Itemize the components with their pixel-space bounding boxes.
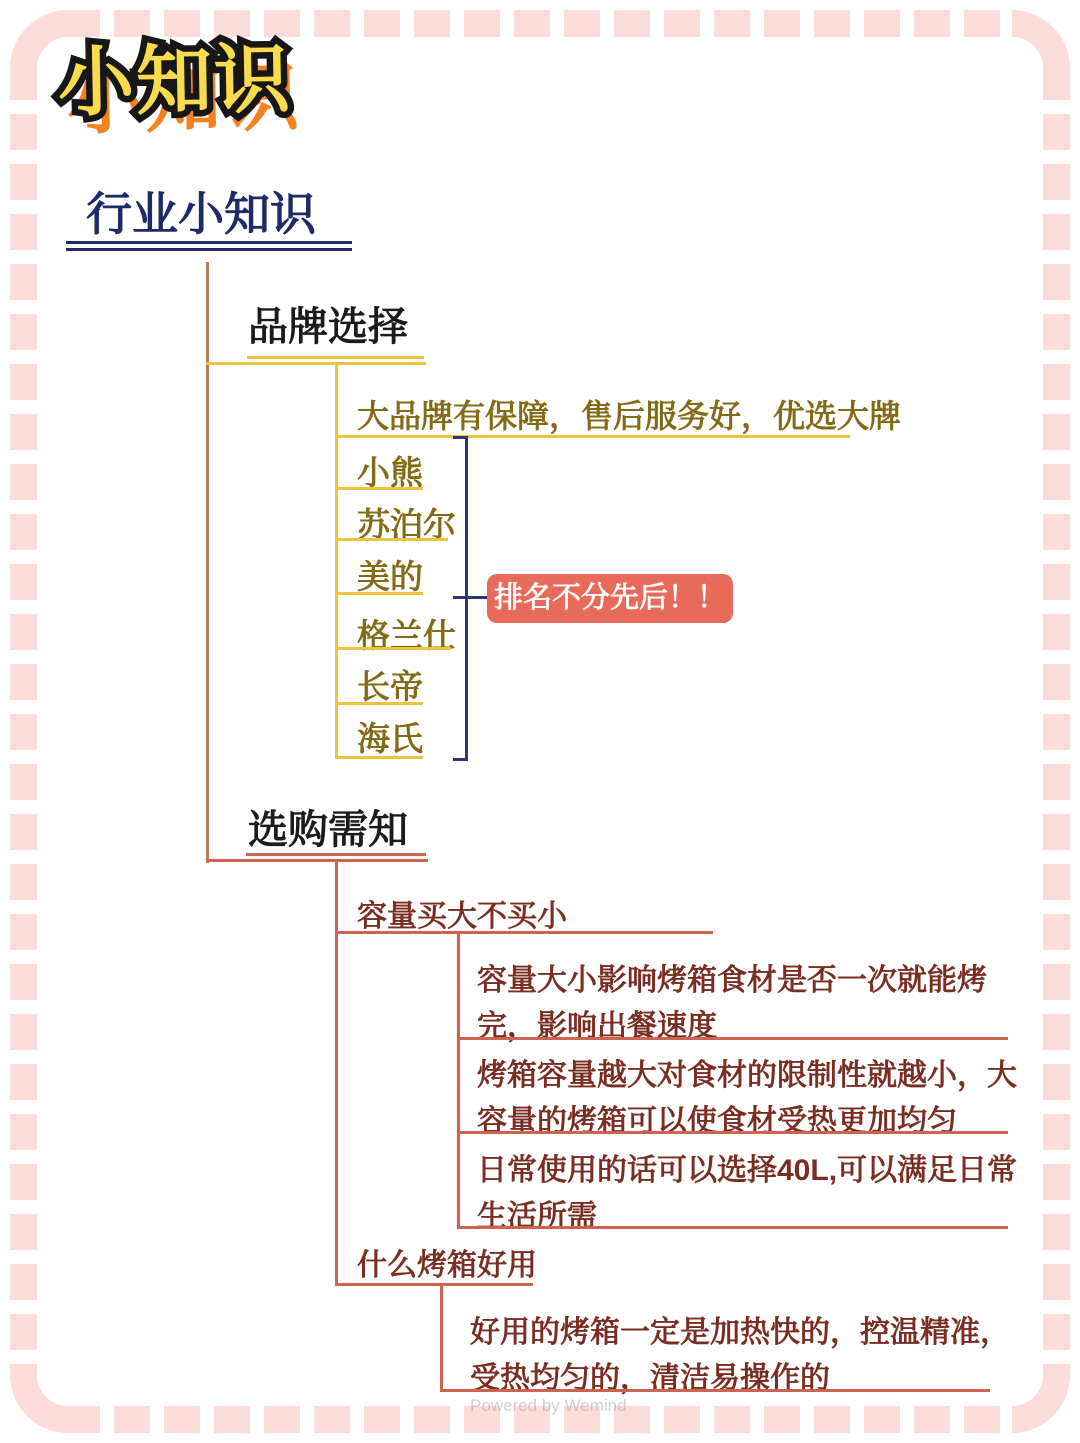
capacity-point-line: 容量的烤箱可以使食材受热更加均匀 [477,1099,1017,1145]
capacity-underline [335,931,713,934]
brand-heading-underline-bottom [206,362,426,365]
pink-border-corner-tr [1012,10,1070,68]
buying-heading: 选购需知 [248,798,408,855]
root-underline [66,241,352,251]
buying-branch-line [335,860,338,1285]
poster-canvas: 小知识 小知识 小知识 行业小知识 品牌选择 大品牌有保障，售后服务好，优选大牌… [0,0,1080,1443]
brand-item-underline [335,702,423,705]
capacity-label: 容量买大不买小 [357,891,567,935]
watermark: Powered by Wemind [470,1396,627,1416]
capacity-point-underline [457,1131,1008,1134]
capacity-point-line: 烤箱容量越大对食材的限制性就越小，大 [477,1053,1017,1099]
trunk-line [206,262,209,863]
usability-label: 什么烤箱好用 [357,1240,537,1284]
capacity-branch-line [457,931,460,1228]
pink-border-right [1043,64,1070,1379]
buying-heading-underline-top [246,853,426,856]
capacity-point-line: 生活所需 [477,1194,1017,1240]
root-heading: 行业小知识 [86,178,316,244]
brand-note-underline [335,435,850,438]
bracket-tick-bottom [453,758,468,761]
page-title: 小知识 小知识 小知识 [58,44,458,174]
bracket-connector [453,596,487,599]
page-title-fill: 小知识 [57,42,292,122]
pink-border-corner-bl [10,1375,68,1433]
brand-heading-underline-top [247,356,424,359]
capacity-point-underline [457,1037,1008,1040]
pink-border-left [10,64,37,1379]
usability-point-underline [440,1389,990,1392]
brand-item: 长帝 [357,661,423,708]
brand-branch-line [335,363,338,758]
buying-heading-underline-bottom [206,859,428,862]
capacity-point-line: 完，影响出餐速度 [477,1004,987,1050]
capacity-point-line: 日常使用的话可以选择40L,可以满足日常 [477,1148,1017,1194]
brand-item-underline [335,538,448,541]
brand-item-underline [335,592,423,595]
capacity-point-line: 容量大小影响烤箱食材是否一次就能烤 [477,958,987,1004]
usability-point-line: 好用的烤箱一定是加热快的，控温精准， [470,1310,1010,1356]
usability-branch-line [440,1283,443,1392]
brand-item: 美的 [357,551,423,598]
bracket-tick-top [453,436,465,439]
ranking-badge: 排名不分先后！！ [487,574,733,623]
brand-item-underline [335,756,423,759]
brand-item-underline [335,487,423,490]
brand-note: 大品牌有保障，售后服务好，优选大牌 [357,391,901,437]
pink-border-corner-br [1012,1375,1070,1433]
usability-underline [335,1283,533,1286]
capacity-point-underline [457,1226,1008,1229]
brand-heading: 品牌选择 [248,295,408,352]
pink-border-top [64,10,1016,37]
brand-item: 海氏 [357,713,423,760]
brand-item-underline [335,647,451,650]
